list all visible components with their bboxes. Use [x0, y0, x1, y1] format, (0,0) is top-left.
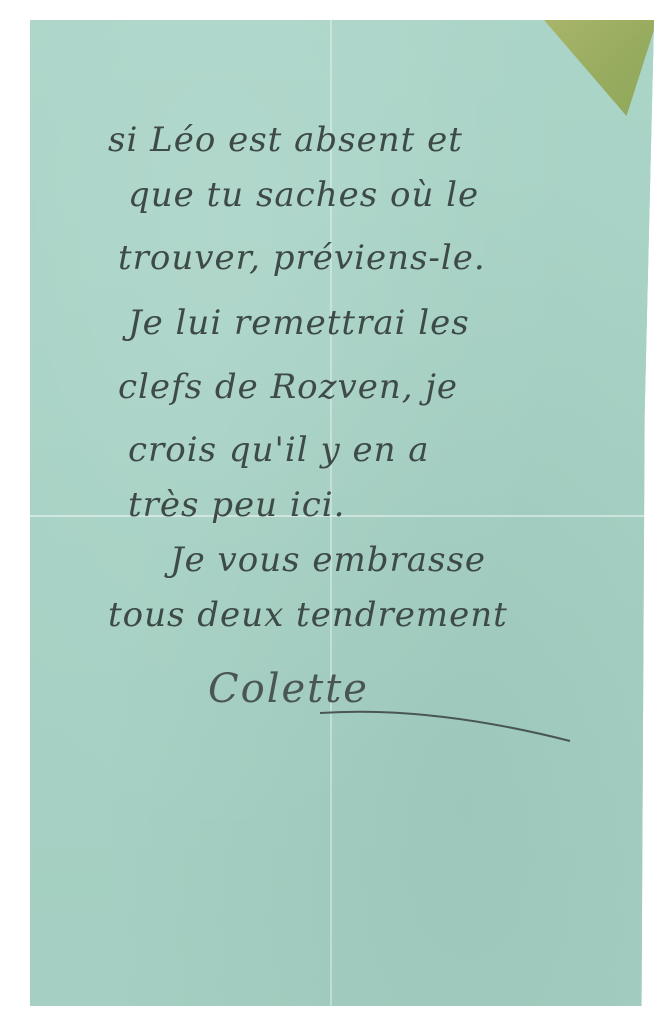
- letter-line-9: tous deux tendrement: [108, 595, 508, 635]
- letter-line-7: très peu ici.: [128, 485, 345, 525]
- letter-line-4: Je lui remettrai les: [128, 303, 470, 343]
- letter-line-2: que tu saches où le: [128, 175, 479, 215]
- letter-line-8: Je vous embrasse: [170, 540, 486, 580]
- signature-flourish-icon: [320, 705, 580, 745]
- letter-paper: si Léo est absent et que tu saches où le…: [30, 20, 654, 1006]
- letter-line-1: si Léo est absent et: [108, 120, 463, 160]
- letter-body: si Léo est absent et que tu saches où le…: [30, 20, 654, 1006]
- letter-line-5: clefs de Rozven, je: [118, 367, 458, 407]
- letter-line-3: trouver, préviens-le.: [118, 238, 486, 278]
- letter-line-6: crois qu'il y en a: [128, 430, 430, 470]
